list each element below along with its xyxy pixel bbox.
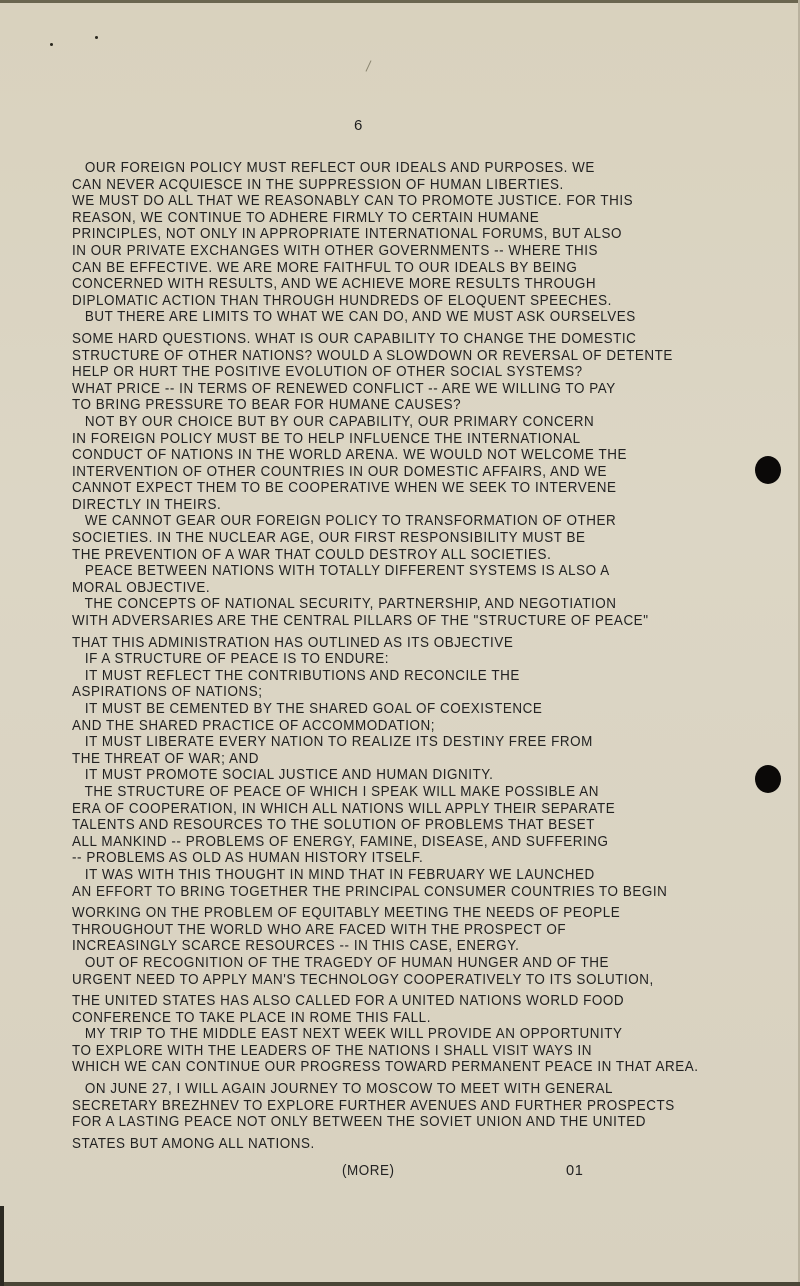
text-line: CONFERENCE TO TAKE PLACE IN ROME THIS FA… — [72, 1010, 698, 1027]
text-line: STRUCTURE OF OTHER NATIONS? WOULD A SLOW… — [72, 348, 698, 365]
text-line: URGENT NEED TO APPLY MAN'S TECHNOLOGY CO… — [72, 972, 698, 989]
text-line: ON JUNE 27, I WILL AGAIN JOURNEY TO MOSC… — [72, 1081, 698, 1098]
text-line: WHAT PRICE -- IN TERMS OF RENEWED CONFLI… — [72, 381, 698, 398]
text-line: THE STRUCTURE OF PEACE OF WHICH I SPEAK … — [72, 784, 698, 801]
text-line: THAT THIS ADMINISTRATION HAS OUTLINED AS… — [72, 635, 698, 652]
text-line: THE THREAT OF WAR; AND — [72, 751, 698, 768]
text-line: INCREASINGLY SCARCE RESOURCES -- IN THIS… — [72, 938, 698, 955]
speck-mark — [95, 36, 98, 39]
typed-text-body: OUR FOREIGN POLICY MUST REFLECT OUR IDEA… — [72, 160, 698, 1152]
text-line: CANNOT EXPECT THEM TO BE COOPERATIVE WHE… — [72, 480, 698, 497]
more-indicator: (MORE) — [342, 1163, 395, 1179]
speck-mark — [50, 43, 53, 46]
text-line: WE CANNOT GEAR OUR FOREIGN POLICY TO TRA… — [72, 513, 698, 530]
text-line: NOT BY OUR CHOICE BUT BY OUR CAPABILITY,… — [72, 414, 698, 431]
text-line: WE MUST DO ALL THAT WE REASONABLY CAN TO… — [72, 193, 698, 210]
text-line: PEACE BETWEEN NATIONS WITH TOTALLY DIFFE… — [72, 563, 698, 580]
text-line: REASON, WE CONTINUE TO ADHERE FIRMLY TO … — [72, 210, 698, 227]
text-line: INTERVENTION OF OTHER COUNTRIES IN OUR D… — [72, 464, 698, 481]
text-line: OUR FOREIGN POLICY MUST REFLECT OUR IDEA… — [72, 160, 698, 177]
text-line: IN FOREIGN POLICY MUST BE TO HELP INFLUE… — [72, 431, 698, 448]
text-line: THE UNITED STATES HAS ALSO CALLED FOR A … — [72, 993, 698, 1010]
pencil-mark — [366, 60, 372, 71]
text-line: IF A STRUCTURE OF PEACE IS TO ENDURE: — [72, 651, 698, 668]
text-line: ALL MANKIND -- PROBLEMS OF ENERGY, FAMIN… — [72, 834, 698, 851]
text-line: IT MUST REFLECT THE CONTRIBUTIONS AND RE… — [72, 668, 698, 685]
text-line: IT WAS WITH THIS THOUGHT IN MIND THAT IN… — [72, 867, 698, 884]
text-line: HELP OR HURT THE POSITIVE EVOLUTION OF O… — [72, 364, 698, 381]
text-line: THE PREVENTION OF A WAR THAT COULD DESTR… — [72, 547, 698, 564]
text-line: OUT OF RECOGNITION OF THE TRAGEDY OF HUM… — [72, 955, 698, 972]
text-line: DIRECTLY IN THEIRS. — [72, 497, 698, 514]
text-line: WITH ADVERSARIES ARE THE CENTRAL PILLARS… — [72, 613, 698, 630]
text-line: TALENTS AND RESOURCES TO THE SOLUTION OF… — [72, 817, 698, 834]
page-left-edge — [0, 1206, 4, 1286]
page-code: 01 — [566, 1163, 583, 1179]
text-line: MY TRIP TO THE MIDDLE EAST NEXT WEEK WIL… — [72, 1026, 698, 1043]
text-line: DIPLOMATIC ACTION THAN THROUGH HUNDREDS … — [72, 293, 698, 310]
text-line: IT MUST LIBERATE EVERY NATION TO REALIZE… — [72, 734, 698, 751]
text-line: CONCERNED WITH RESULTS, AND WE ACHIEVE M… — [72, 276, 698, 293]
text-line: FOR A LASTING PEACE NOT ONLY BETWEEN THE… — [72, 1114, 698, 1131]
text-line: TO EXPLORE WITH THE LEADERS OF THE NATIO… — [72, 1043, 698, 1060]
text-line: AN EFFORT TO BRING TOGETHER THE PRINCIPA… — [72, 884, 698, 901]
text-line: IT MUST BE CEMENTED BY THE SHARED GOAL O… — [72, 701, 698, 718]
text-line: AND THE SHARED PRACTICE OF ACCOMMODATION… — [72, 718, 698, 735]
text-line: CONDUCT OF NATIONS IN THE WORLD ARENA. W… — [72, 447, 698, 464]
text-line: STATES BUT AMONG ALL NATIONS. — [72, 1136, 698, 1153]
punch-hole — [755, 765, 781, 793]
text-line: -- PROBLEMS AS OLD AS HUMAN HISTORY ITSE… — [72, 850, 698, 867]
text-line: CAN BE EFFECTIVE. WE ARE MORE FAITHFUL T… — [72, 260, 698, 277]
page-top-edge — [0, 0, 800, 3]
text-line: SOME HARD QUESTIONS. WHAT IS OUR CAPABIL… — [72, 331, 698, 348]
page-number: 6 — [354, 117, 362, 134]
text-line: SOCIETIES. IN THE NUCLEAR AGE, OUR FIRST… — [72, 530, 698, 547]
text-line: THROUGHOUT THE WORLD WHO ARE FACED WITH … — [72, 922, 698, 939]
text-line: ASPIRATIONS OF NATIONS; — [72, 684, 698, 701]
text-line: BUT THERE ARE LIMITS TO WHAT WE CAN DO, … — [72, 309, 698, 326]
text-line: IT MUST PROMOTE SOCIAL JUSTICE AND HUMAN… — [72, 767, 698, 784]
punch-hole — [755, 456, 781, 484]
text-line: WORKING ON THE PROBLEM OF EQUITABLY MEET… — [72, 905, 698, 922]
text-line: PRINCIPLES, NOT ONLY IN APPROPRIATE INTE… — [72, 226, 698, 243]
text-line: MORAL OBJECTIVE. — [72, 580, 698, 597]
text-line: ERA OF COOPERATION, IN WHICH ALL NATIONS… — [72, 801, 698, 818]
text-line: WHICH WE CAN CONTINUE OUR PROGRESS TOWAR… — [72, 1059, 698, 1076]
text-line: SECRETARY BREZHNEV TO EXPLORE FURTHER AV… — [72, 1098, 698, 1115]
text-line: CAN NEVER ACQUIESCE IN THE SUPPRESSION O… — [72, 177, 698, 194]
text-line: THE CONCEPTS OF NATIONAL SECURITY, PARTN… — [72, 596, 698, 613]
text-line: IN OUR PRIVATE EXCHANGES WITH OTHER GOVE… — [72, 243, 698, 260]
page-bottom-edge — [0, 1282, 800, 1286]
document-page: 6 OUR FOREIGN POLICY MUST REFLECT OUR ID… — [0, 0, 800, 1286]
text-line: TO BRING PRESSURE TO BEAR FOR HUMANE CAU… — [72, 397, 698, 414]
